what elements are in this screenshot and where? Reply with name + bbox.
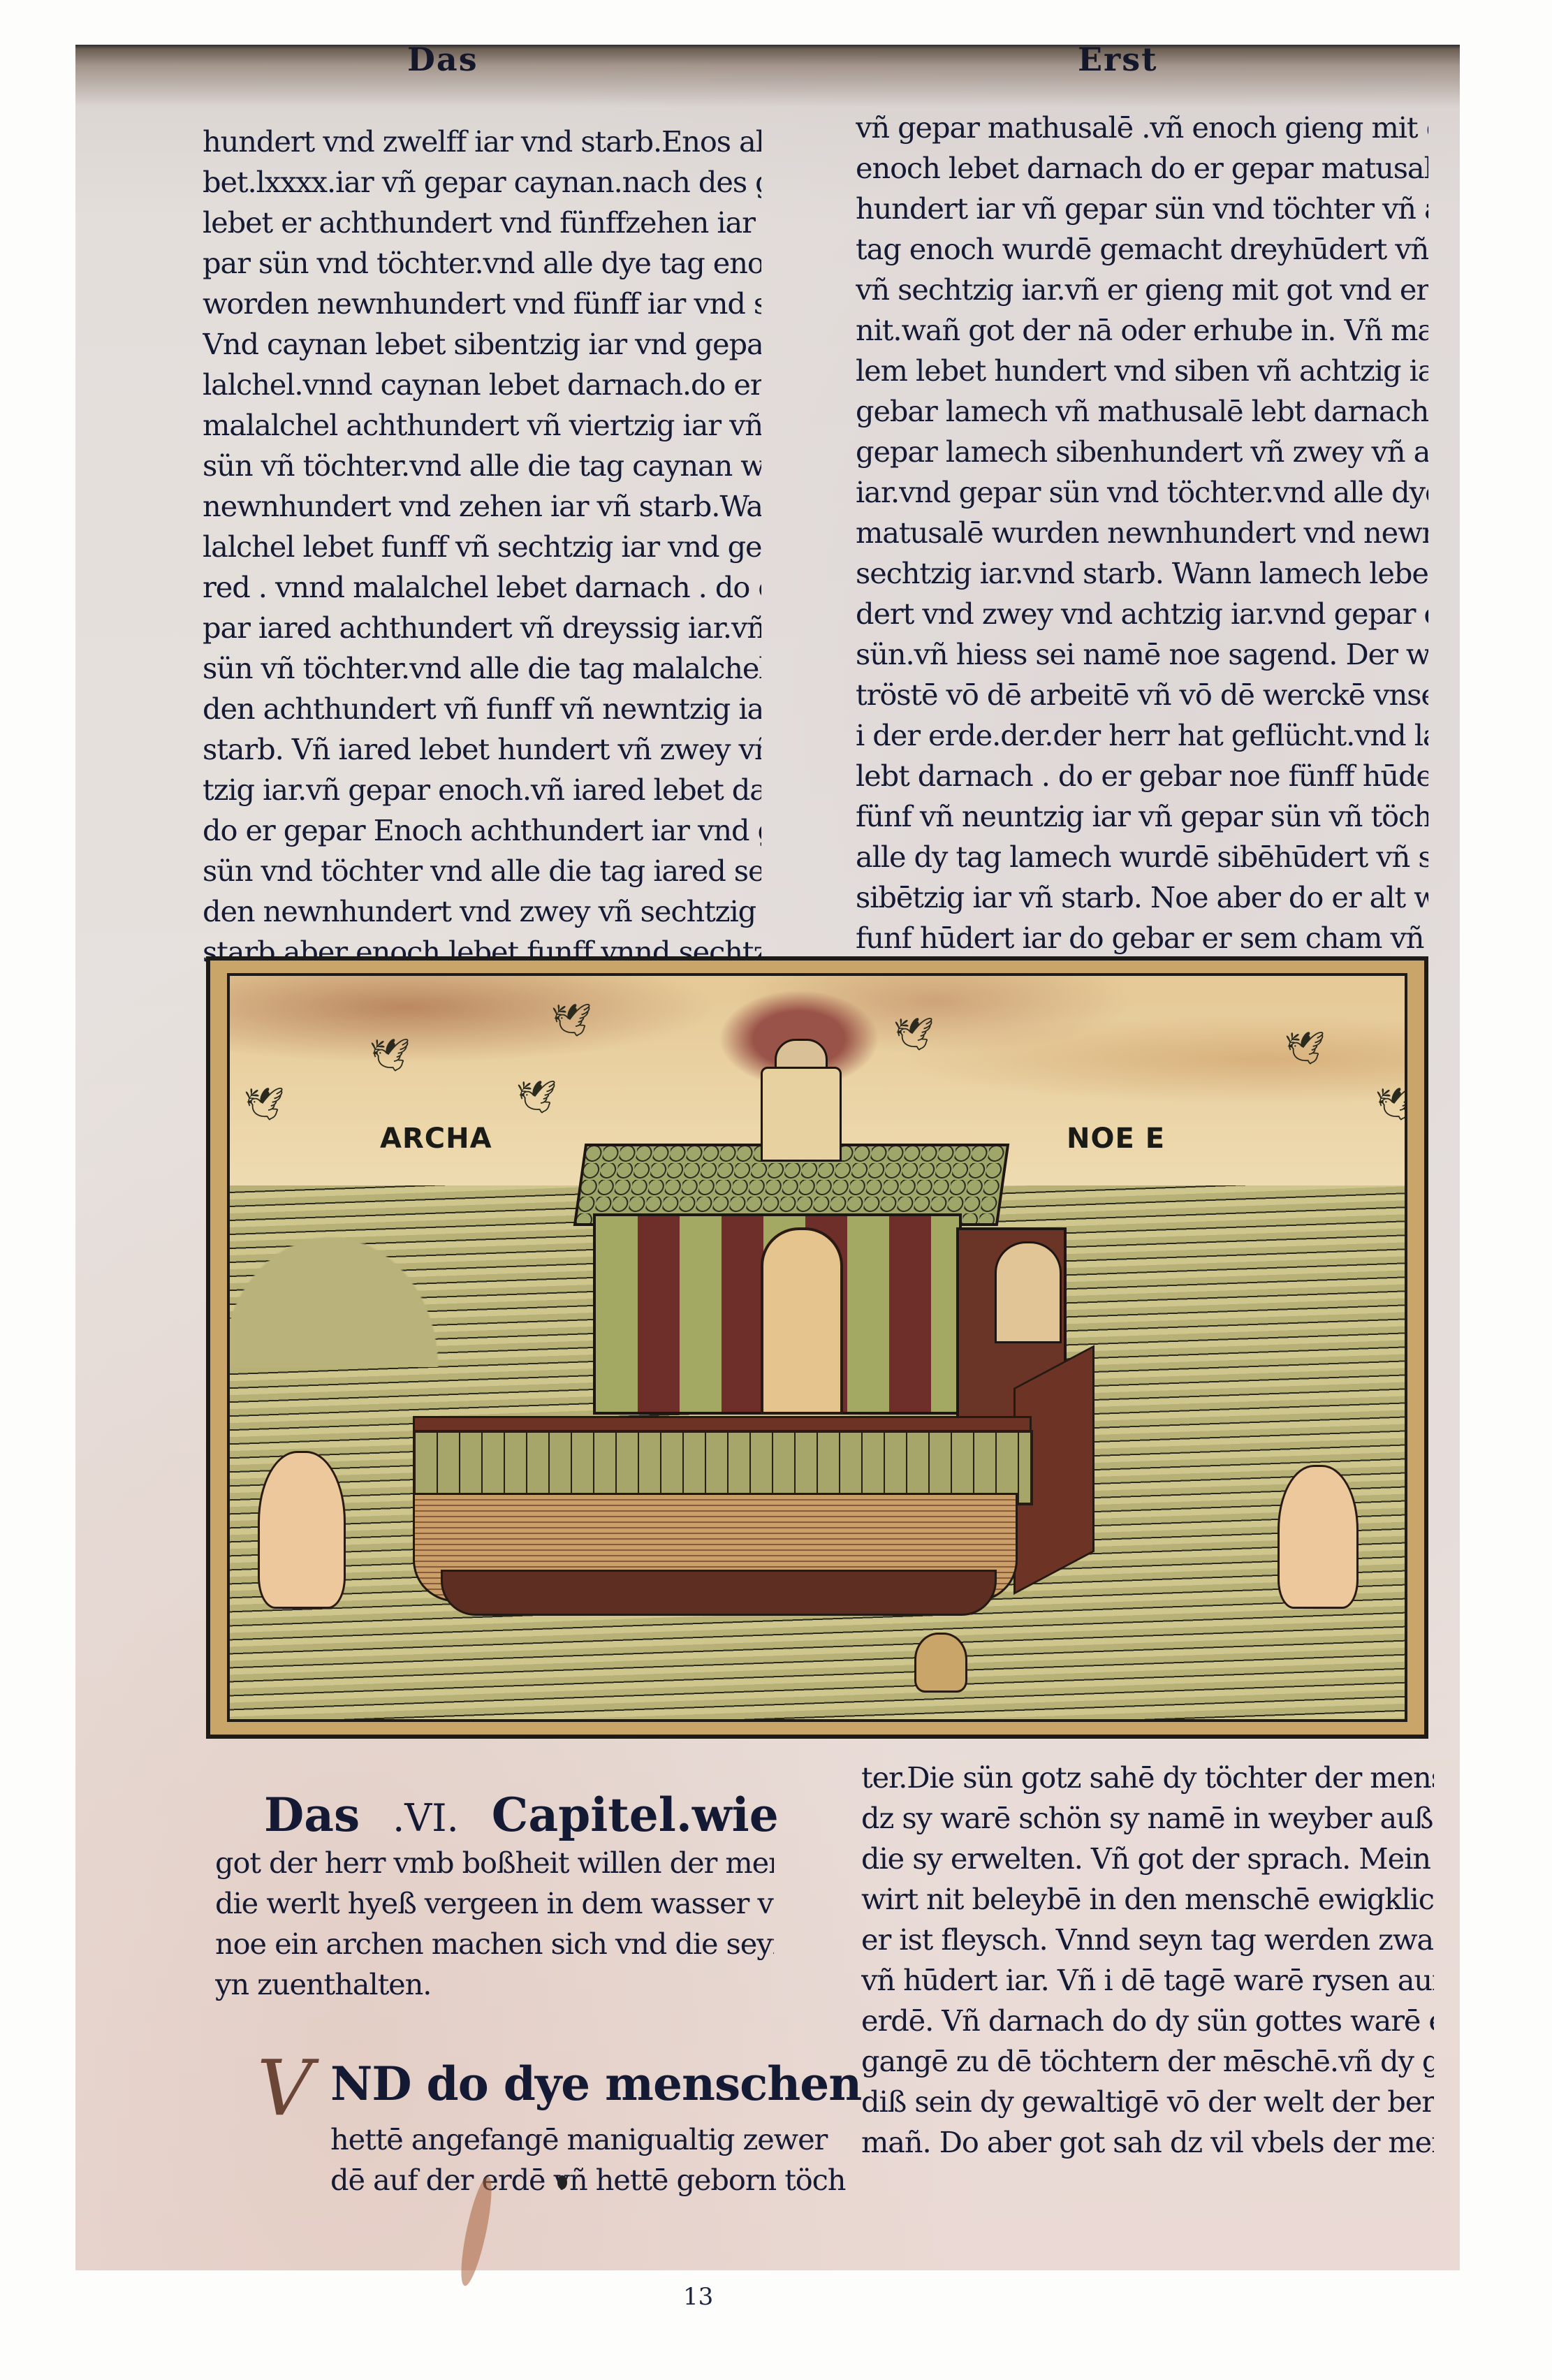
text-line: vñ gepar mathusalē .vñ enoch gieng mit g…: [856, 108, 1428, 148]
text-line: noe ein archen machen sich vnd die seyne…: [215, 1924, 774, 1964]
merman-right: [1278, 1465, 1359, 1609]
bird-icon: 🕊: [893, 1018, 934, 1050]
text-line: hettē angefangē manigualtig zewer: [330, 2119, 845, 2160]
text-line: erdē. Vñ darnach do dy sün gottes warē e…: [861, 2001, 1434, 2041]
text-line: lem lebet hundert vnd siben vñ achtzig i…: [856, 351, 1428, 391]
text-line: hundert iar vñ gepar sün vnd töchter vñ …: [856, 189, 1428, 229]
noah-window: [995, 1241, 1062, 1343]
text-line: par iared achthundert vñ dreyssig iar.vñ…: [203, 608, 761, 648]
bird-icon: 🕊: [1284, 1032, 1325, 1064]
text-line: yn zuenthalten.: [215, 1964, 774, 2005]
text-line: starb. Vñ iared lebet hundert vñ zwey vñ…: [203, 729, 761, 770]
bird-icon: 🕊: [369, 1039, 410, 1071]
bird-icon: 🕊: [1375, 1088, 1407, 1120]
mermaid-left: [258, 1451, 346, 1609]
text-line: wirt nit beleybē in den menschē ewigklic…: [861, 1879, 1434, 1920]
text-line: tag enoch wurdē gemacht dreyhūdert vñ fü…: [856, 229, 1428, 270]
text-line: vñ hūdert iar. Vñ i dē tagē warē rysen a…: [861, 1960, 1434, 2001]
text-line: par sün vnd töchter.vnd alle dye tag eno…: [203, 243, 761, 284]
text-line: diß sein dy gewaltigē vō der welt der be…: [861, 2082, 1434, 2122]
manuscript-page: Das Erst hundert vnd zwelff iar vnd star…: [75, 45, 1460, 2270]
text-line: den achthundert vñ funff vñ newntzig iar…: [203, 689, 761, 729]
chapter-heading-suffix: Capitel.wie: [492, 1788, 779, 1842]
text-line: funf hūdert iar do gebar er sem cham vñ …: [856, 918, 1428, 958]
text-line: sün vñ töchter.vnd alle die tag caynan w…: [203, 446, 761, 486]
text-line: gangē zu dē töchtern der mēschē.vñ dy ge…: [861, 2041, 1434, 2082]
noahs-ark-woodcut: 🕊 🕊 🕊 🕊 🕊 🕊 🕊 ARCHA NOE E: [206, 956, 1428, 1739]
text-line: lalchel.vnnd caynan lebet darnach.do er …: [203, 365, 761, 405]
text-line: newnhundert vnd zehen iar vñ starb.Wañ m…: [203, 486, 761, 527]
bird-icon: 🕊: [551, 1004, 592, 1036]
initial-lead-text: ND do dye menschen: [330, 2057, 861, 2111]
text-line: lebet er achthundert vnd fünffzehen iar …: [203, 203, 761, 243]
text-line: sibētzig iar vñ starb. Noe aber do er al…: [856, 877, 1428, 918]
left-column-top-text: hundert vnd zwelff iar vnd starb.Enos ab…: [203, 122, 761, 972]
running-head-right: Erst: [1078, 41, 1157, 78]
text-line: sün vñ töchter.vnd alle die tag malalche…: [203, 648, 761, 689]
text-line: er ist fleysch. Vnnd seyn tag werden zwa…: [861, 1920, 1434, 1960]
text-line: die werlt hyeß vergeen in dem wasser vnd…: [215, 1883, 774, 1924]
text-line: vñ sechtzig iar.vñ er gieng mit got vnd …: [856, 270, 1428, 310]
text-line: nit.wañ got der nā oder erhube in. Vñ ma…: [856, 310, 1428, 351]
text-line: dē auf der erdē vñ hettē geborn töch: [330, 2160, 845, 2200]
text-line: red . vnnd malalchel lebet darnach . do …: [203, 567, 761, 608]
page-number: 13: [683, 2283, 713, 2311]
text-line: tröstē vō dē arbeitē vñ vō dē werckē vns…: [856, 675, 1428, 715]
text-line: den newnhundert vnd zwey vñ sechtzig iar…: [203, 891, 761, 932]
text-line: dz sy warē schön sy namē in weyber auß a…: [861, 1798, 1434, 1839]
text-line: sün.vñ hiess sei namē noe sagend. Der wi…: [856, 634, 1428, 675]
text-line: Vnd caynan lebet sibentzig iar vnd gepar…: [203, 324, 761, 365]
text-line: tzig iar.vñ gepar enoch.vñ iared lebet d…: [203, 770, 761, 810]
text-line: fünf vñ neuntzig iar vñ gepar sün vñ töc…: [856, 796, 1428, 837]
bird-icon: 🕊: [516, 1081, 557, 1113]
text-line: bet.lxxxx.iar vñ gepar caynan.nach des g…: [203, 162, 761, 203]
chapter-heading: Das .VI. Capitel.wie: [264, 1787, 774, 1843]
ink-dot: [557, 2175, 567, 2189]
text-line: sün vnd töchter vnd alle die tag iared s…: [203, 851, 761, 891]
ark-tower: [761, 1067, 842, 1162]
text-line: mañ. Do aber got sah dz vil vbels der me…: [861, 2122, 1434, 2163]
ark-keel: [441, 1570, 997, 1616]
sea-creature: [914, 1633, 967, 1693]
text-line: do er gepar Enoch achthundert iar vnd ge…: [203, 810, 761, 851]
text-line: worden newnhundert vnd fünff iar vnd sta…: [203, 284, 761, 324]
page-edge-shadow: [75, 45, 1460, 108]
text-line: gepar lamech sibenhundert vñ zwey vñ ach…: [856, 432, 1428, 472]
text-line: i der erde.der.der herr hat geflücht.vnd…: [856, 715, 1428, 756]
chapter-heading-prefix: Das: [264, 1788, 360, 1842]
ark-label: ARCHA: [380, 1123, 492, 1155]
bird-icon: 🕊: [244, 1088, 284, 1120]
text-line: ter.Die sün gotz sahē dy töchter der men…: [861, 1758, 1434, 1798]
ark-hull-group: [413, 1388, 1055, 1598]
text-line: hundert vnd zwelff iar vnd starb.Enos ab…: [203, 122, 761, 162]
woodcut-hills: [230, 1185, 481, 1367]
woodcut-frame: 🕊 🕊 🕊 🕊 🕊 🕊 🕊 ARCHA NOE E: [227, 973, 1407, 1722]
initial-paragraph-lines: hettē angefangē manigualtig zewer dē auf…: [330, 2119, 845, 2200]
text-line: dert vnd zwey vnd achtzig iar.vnd gepar …: [856, 594, 1428, 634]
text-line: alle dy tag lamech wurdē sibēhūdert vñ s…: [856, 837, 1428, 877]
text-line: lalchel lebet funff vñ sechtzig iar vnd …: [203, 527, 761, 567]
text-line: malalchel achthundert vñ viertzig iar vñ…: [203, 405, 761, 446]
decorated-initial: V: [257, 2050, 312, 2126]
right-column-top-text: vñ gepar mathusalē .vñ enoch gieng mit g…: [856, 108, 1428, 958]
noah-label: NOE E: [1067, 1123, 1165, 1155]
right-column-bottom-text: ter.Die sün gotz sahē dy töchter der men…: [861, 1758, 1434, 2163]
text-line: got der herr vmb boßheit willen der mens…: [215, 1843, 774, 1883]
text-line: lebt darnach . do er gebar noe fünff hūd…: [856, 756, 1428, 796]
text-line: sechtzig iar.vnd starb. Wann lamech lebe…: [856, 553, 1428, 594]
text-line: gebar lamech vñ mathusalē lebt darnach d…: [856, 391, 1428, 432]
text-line: iar.vnd gepar sün vnd töchter.vnd alle d…: [856, 472, 1428, 513]
left-column-bottom-text: Das .VI. Capitel.wie got der herr vmb bo…: [215, 1787, 774, 2005]
chapter-number: .VI.: [393, 1796, 459, 1840]
text-line: die sy erwelten. Vñ got der sprach. Mein…: [861, 1839, 1434, 1879]
ark-door: [761, 1227, 843, 1415]
running-head-left: Das: [407, 41, 478, 78]
text-line: enoch lebet darnach do er gepar matusalē…: [856, 148, 1428, 189]
text-line: matusalē wurden newnhundert vnd newn vnd: [856, 513, 1428, 553]
